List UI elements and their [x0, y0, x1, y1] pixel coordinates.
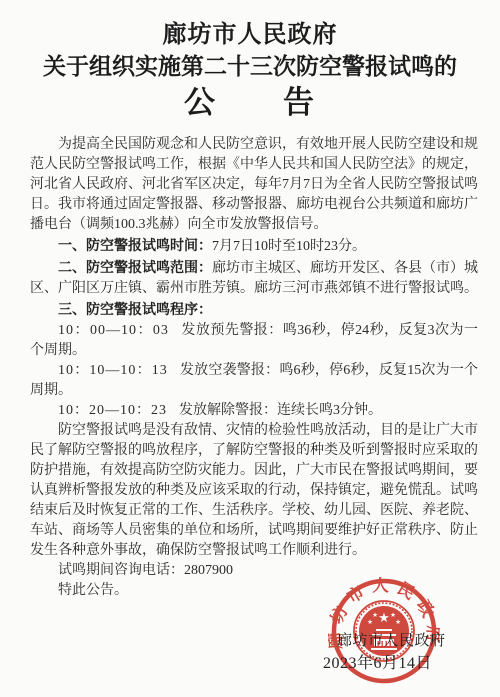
- item-scope-label: 二、防空警报试鸣范围：: [58, 259, 212, 275]
- intro-paragraph: 为提高全民国防观念和人民防空意识，有效地开展人民防空建设和规范人民防空警报试鸣工…: [30, 135, 478, 235]
- star-icon: ★: [378, 610, 390, 625]
- document-subject-title: 关于组织实施第二十三次防空警报试鸣的: [0, 52, 500, 81]
- star-icon: ★: [372, 611, 378, 619]
- item-time-line: 一、防空警报试鸣时间：7月7日10时至10时23分。: [30, 235, 478, 257]
- schedule-row-preliminary-alarm: 10：00—10：03发放预先警报：鸣36秒，停24秒，反复3次为一个周期。: [30, 321, 478, 361]
- document-header: 廊坊市人民政府 关于组织实施第二十三次防空警报试鸣的 公 告: [0, 0, 500, 122]
- schedule-desc: 发放解除警报：连续长鸣3分钟。: [179, 403, 382, 418]
- document-type-title: 公 告: [0, 84, 500, 122]
- schedule-row-all-clear-alarm: 10：20—10：23发放解除警报：连续长鸣3分钟。: [30, 401, 478, 421]
- document-body: 为提高全民国防观念和人民防空意识，有效地开展人民防空建设和规范人民防空警报试鸣工…: [0, 135, 500, 601]
- signature-issuer: 廊坊市人民政府: [337, 629, 446, 650]
- schedule-time: 10：20—10：23: [58, 403, 167, 418]
- item-time-label: 一、防空警报试鸣时间：: [58, 237, 212, 253]
- item-scope-line: 二、防空警报试鸣范围：廊坊市主城区、廊坊开发区、各县（市）城区、广阳区万庄镇、霸…: [30, 257, 478, 299]
- schedule-time: 10：00—10：03: [58, 323, 169, 338]
- signature-date: 2023年6月14日: [323, 650, 432, 673]
- issuing-authority-title: 廊坊市人民政府: [0, 20, 500, 50]
- item-time-value: 7月7日10时至10时23分。: [212, 239, 366, 254]
- star-icon: ★: [395, 618, 401, 626]
- schedule-row-air-raid-alarm: 10：10—10：13发放空袭警报：鸣6秒，停6秒，反复15次为一个周期。: [30, 361, 478, 401]
- star-icon: ★: [390, 611, 396, 619]
- notice-paragraph: 防空警报试鸣是没有敌情、灾情的检验性鸣放活动，目的是让广大市民了解防空警报的鸣放…: [30, 421, 478, 561]
- announcement-document: 廊坊市人民政府 关于组织实施第二十三次防空警报试鸣的 公 告 为提高全民国防观念…: [0, 0, 500, 697]
- star-icon: ★: [367, 618, 373, 626]
- item-procedure-label: 三、防空警报试鸣程序：: [58, 301, 212, 317]
- item-procedure-line: 三、防空警报试鸣程序：: [30, 299, 478, 321]
- schedule-time: 10：10—10：13: [58, 363, 168, 378]
